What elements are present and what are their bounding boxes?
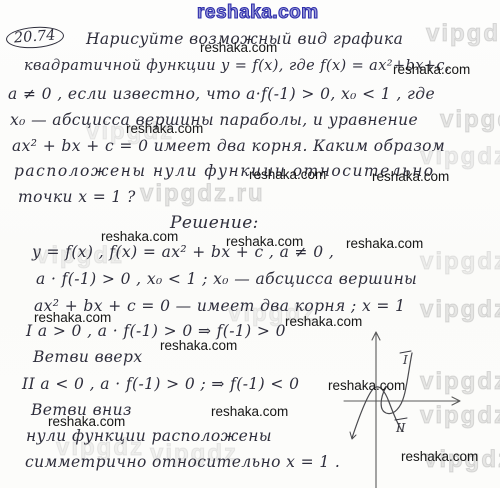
- problem-line: точки x = 1 ?: [18, 188, 136, 206]
- reshaka-watermark: reshaka.com: [393, 62, 470, 77]
- reshaka-watermark: reshaka.com: [200, 40, 277, 55]
- reshaka-watermark: reshaka.com: [226, 234, 303, 249]
- solution-line: симметрично относительно x = 1 .: [25, 453, 340, 471]
- problem-line: x₀ — абсцисса вершины параболы, и уравне…: [10, 111, 418, 129]
- reshaka-watermark: reshaka.com: [346, 236, 423, 251]
- case1-label: I: [402, 353, 408, 367]
- solution-line: нули функции расположены: [26, 427, 272, 445]
- solution-line: a · f(-1) > 0 , x₀ < 1 ; x₀ — абсцисса в…: [36, 270, 417, 288]
- reshaka-watermark: reshaka.com: [126, 121, 203, 136]
- reshaka-watermark: reshaka.com: [328, 378, 405, 393]
- case2-label-overline: [395, 418, 407, 420]
- scanned-solution-page: vipgdz vipgdz vipgdz vipgdz vipgdz.ru vi…: [0, 0, 500, 488]
- case2-label: II: [395, 421, 406, 435]
- solution-line: Ветви вверх: [33, 348, 142, 366]
- vipgdz-watermark: vipgdz: [420, 296, 500, 324]
- reshaka-watermark: reshaka.com: [211, 404, 288, 419]
- vipgdz-ru-watermark: vipgdz.ru: [140, 180, 265, 208]
- problem-line: ax² + bx + c = 0 имеет два корня. Каким …: [12, 137, 445, 155]
- solution-line: II a < 0 , a · f(-1) > 0 ; ⇒ f(-1) < 0: [22, 375, 299, 393]
- problem-number: 20.74: [5, 25, 64, 50]
- problem-line: a ≠ 0 , если известно, что a·f(-1) > 0, …: [8, 85, 435, 103]
- reshaka-logo: reshaka.com: [197, 2, 319, 24]
- problem-line: квадратичной функции у = f(x), где f(x) …: [24, 58, 450, 74]
- reshaka-watermark: reshaka.com: [101, 229, 178, 244]
- reshaka-watermark: reshaka.com: [34, 310, 111, 325]
- reshaka-watermark: reshaka.com: [372, 169, 449, 184]
- solution-heading: Решение:: [170, 213, 259, 233]
- vipgdz-watermark: vipgdz: [420, 248, 500, 276]
- reshaka-watermark: reshaka.com: [48, 414, 125, 429]
- reshaka-watermark: reshaka.com: [249, 167, 326, 182]
- vipgdz-watermark: vipgdz: [440, 106, 500, 134]
- vipgdz-watermark: vipgdz: [426, 20, 500, 48]
- reshaka-watermark: reshaka.com: [401, 449, 478, 464]
- reshaka-watermark: reshaka.com: [285, 314, 362, 329]
- reshaka-watermark: reshaka.com: [160, 338, 237, 353]
